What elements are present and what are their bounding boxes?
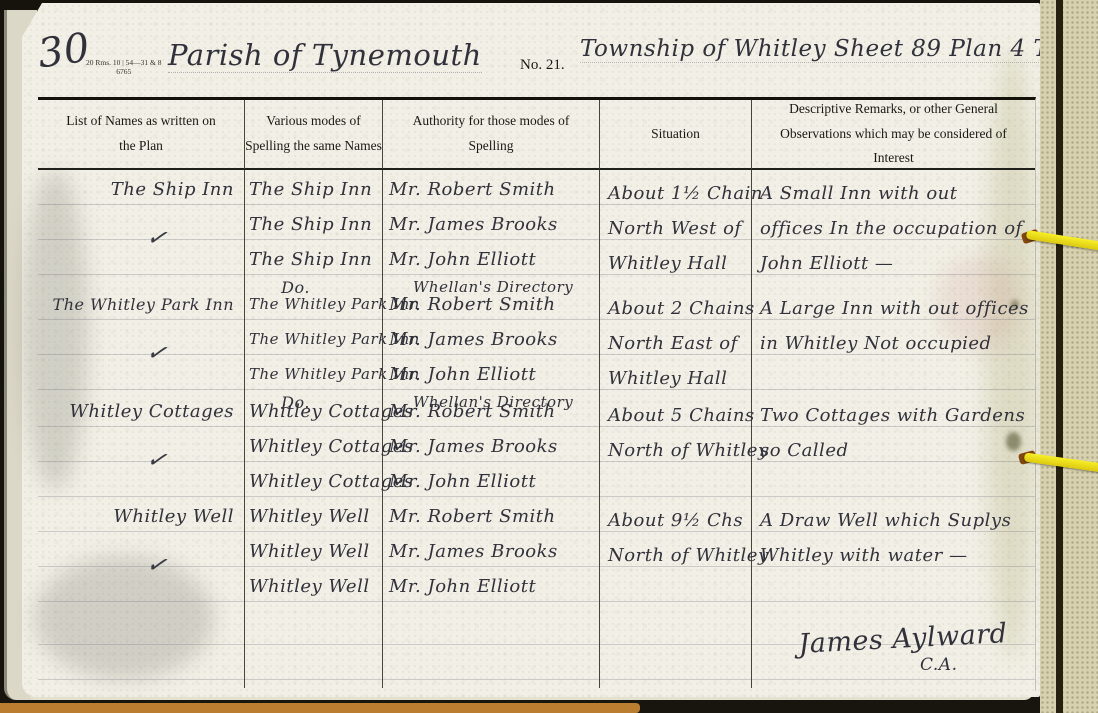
handwritten-entry: The Ship Inn bbox=[249, 172, 382, 207]
handwritten-entry: in Whitley Not occupied bbox=[760, 326, 1035, 361]
handwritten-entry: Whitley Hall bbox=[608, 246, 751, 281]
handwritten-entry: Mr. John Elliott bbox=[389, 569, 599, 604]
handwritten-entry: About 2 Chains bbox=[608, 291, 751, 326]
handwritten-entry: Whitley Cottages bbox=[249, 394, 382, 429]
handwritten-entry: offices In the occupation of bbox=[760, 211, 1035, 246]
printer-imprint: 20 Rms. 10 | 54—31 & 8 6765 bbox=[86, 58, 161, 76]
folio-number: 30 bbox=[35, 25, 93, 78]
binding-strip bbox=[1040, 0, 1098, 713]
surveyor-signature: James Aylward bbox=[751, 603, 1036, 663]
plan-name: The Whitley Park Inn bbox=[38, 287, 234, 322]
situation-cell: About 1½ Chain North West of Whitley Hal… bbox=[600, 170, 752, 285]
handwritten-entry: A Large Inn with out offices bbox=[760, 291, 1035, 326]
handwritten-entry: Mr. Robert Smith bbox=[389, 499, 599, 534]
handwritten-entry: North of Whitley bbox=[608, 538, 751, 573]
names-cell: The Whitley Park Inn ✓ bbox=[38, 285, 245, 392]
handwritten-entry: Whitley Hall bbox=[608, 361, 751, 396]
handwritten-entry: North of Whitley bbox=[608, 433, 751, 468]
handwritten-entry: North East of bbox=[608, 326, 751, 361]
page-number-label: No. 21. bbox=[520, 57, 565, 74]
situation-cell: About 5 Chains North of Whitley bbox=[600, 392, 752, 497]
header-cell-names: List of Names as written on the Plan bbox=[38, 100, 245, 170]
handwritten-entry: Two Cottages with Gardens bbox=[760, 398, 1035, 433]
handwritten-entry: The Whitley Park Inn bbox=[249, 357, 382, 392]
check-mark-icon: ✓ bbox=[36, 317, 169, 369]
authority-cell: Mr. Robert Smith Mr. James Brooks Mr. Jo… bbox=[383, 392, 600, 497]
handwritten-entry: The Whitley Park Inn bbox=[249, 322, 382, 357]
spelling-cell: The Whitley Park Inn The Whitley Park In… bbox=[245, 285, 383, 392]
spelling-cell: Whitley Cottages Whitley Cottages Whitle… bbox=[245, 392, 383, 497]
plan-name: The Ship Inn bbox=[38, 172, 234, 207]
handwritten-entry: Mr. James Brooks bbox=[389, 322, 599, 357]
names-cell: The Ship Inn ✓ bbox=[38, 170, 245, 285]
names-cell: Whitley Well ✓ bbox=[38, 497, 245, 610]
signature-cell: James Aylward C.A. bbox=[752, 610, 1035, 688]
printer-imprint-line2: 6765 bbox=[86, 67, 161, 76]
check-mark-icon: ✓ bbox=[36, 424, 169, 476]
handwritten-entry: About 1½ Chain bbox=[608, 176, 751, 211]
handwritten-entry: Whitley Well bbox=[249, 499, 382, 534]
binding-edge-line bbox=[1056, 0, 1063, 713]
remarks-cell: Two Cottages with Gardens so Called bbox=[752, 392, 1035, 497]
authority-cell: Mr. Robert Smith Mr. James Brooks Mr. Jo… bbox=[383, 497, 600, 610]
scanner-bed-strip bbox=[0, 703, 640, 713]
plan-name: Whitley Well bbox=[38, 499, 234, 534]
printer-imprint-line1: 20 Rms. 10 | 54—31 & 8 bbox=[86, 58, 161, 67]
handwritten-entry: so Called bbox=[760, 433, 1035, 468]
handwritten-entry: Mr. John Elliott bbox=[389, 242, 599, 277]
handwritten-entry: The Ship Inn bbox=[249, 207, 382, 242]
header-cell-spelling: Various modes of Spelling the same Names bbox=[245, 100, 383, 170]
authority-cell: Mr. Robert Smith Mr. James Brooks Mr. Jo… bbox=[383, 285, 600, 392]
header-cell-situation: Situation bbox=[600, 100, 752, 170]
surveyor-rank: C.A. bbox=[920, 655, 1035, 675]
handwritten-entry: Mr. Robert Smith bbox=[389, 172, 599, 207]
spelling-cell: Whitley Well Whitley Well Whitley Well bbox=[245, 497, 383, 610]
handwritten-entry: Mr. Robert Smith bbox=[389, 394, 599, 429]
handwritten-entry: Whitley Cottages bbox=[249, 429, 382, 464]
handwritten-entry: A Draw Well which Suplys bbox=[760, 503, 1035, 538]
header-cell-remarks: Descriptive Remarks, or other General Ob… bbox=[752, 100, 1035, 170]
handwritten-entry: Whitley Cottages bbox=[249, 464, 382, 499]
remarks-cell: A Small Inn with out offices In the occu… bbox=[752, 170, 1035, 285]
plan-name: Whitley Cottages bbox=[38, 394, 234, 429]
handwritten-entry: About 9½ Chs bbox=[608, 503, 751, 538]
handwritten-entry: A Small Inn with out bbox=[760, 176, 1035, 211]
handwritten-entry: Mr. James Brooks bbox=[389, 429, 599, 464]
check-mark-icon: ✓ bbox=[36, 529, 169, 581]
authority-cell: Mr. Robert Smith Mr. James Brooks Mr. Jo… bbox=[383, 170, 600, 285]
handwritten-entry: Mr. John Elliott bbox=[389, 357, 599, 392]
handwritten-entry: Whitley Well bbox=[249, 534, 382, 569]
document-scan: 30 20 Rms. 10 | 54—31 & 8 6765 Parish of… bbox=[0, 0, 1098, 713]
names-cell: Whitley Cottages ✓ bbox=[38, 392, 245, 497]
handwritten-entry: Mr. James Brooks bbox=[389, 207, 599, 242]
check-mark-icon: ✓ bbox=[36, 202, 169, 254]
handwritten-entry: North West of bbox=[608, 211, 751, 246]
remarks-cell: A Draw Well which Suplys Whitley with wa… bbox=[752, 497, 1035, 610]
empty-cell bbox=[600, 610, 752, 688]
names-table: List of Names as written on the Plan Var… bbox=[38, 97, 1036, 691]
handwritten-entry: Mr. John Elliott bbox=[389, 464, 599, 499]
township-title: Township of Whitley Sheet 89 Plan 4 Trac… bbox=[580, 36, 1098, 63]
handwritten-entry: John Elliott — bbox=[760, 246, 1035, 281]
handwritten-entry: The Ship Inn bbox=[249, 242, 382, 277]
empty-cell bbox=[245, 610, 383, 688]
handwritten-entry: Mr. Robert Smith bbox=[389, 287, 599, 322]
situation-cell: About 9½ Chs North of Whitley bbox=[600, 497, 752, 610]
header-cell-authority: Authority for those modes of Spelling bbox=[383, 100, 600, 170]
handwritten-entry: The Whitley Park Inn bbox=[249, 287, 382, 322]
parish-title: Parish of Tynemouth bbox=[168, 38, 482, 73]
empty-cell bbox=[38, 610, 245, 688]
situation-cell: About 2 Chains North East of Whitley Hal… bbox=[600, 285, 752, 392]
empty-cell bbox=[383, 610, 600, 688]
handwritten-entry: Whitley with water — bbox=[760, 538, 1035, 573]
handwritten-entry: Mr. James Brooks bbox=[389, 534, 599, 569]
handwritten-entry: Whitley Well bbox=[249, 569, 382, 604]
remarks-cell: A Large Inn with out offices in Whitley … bbox=[752, 285, 1035, 392]
handwritten-entry: About 5 Chains bbox=[608, 398, 751, 433]
spelling-cell: The Ship Inn The Ship Inn The Ship Inn D… bbox=[245, 170, 383, 285]
